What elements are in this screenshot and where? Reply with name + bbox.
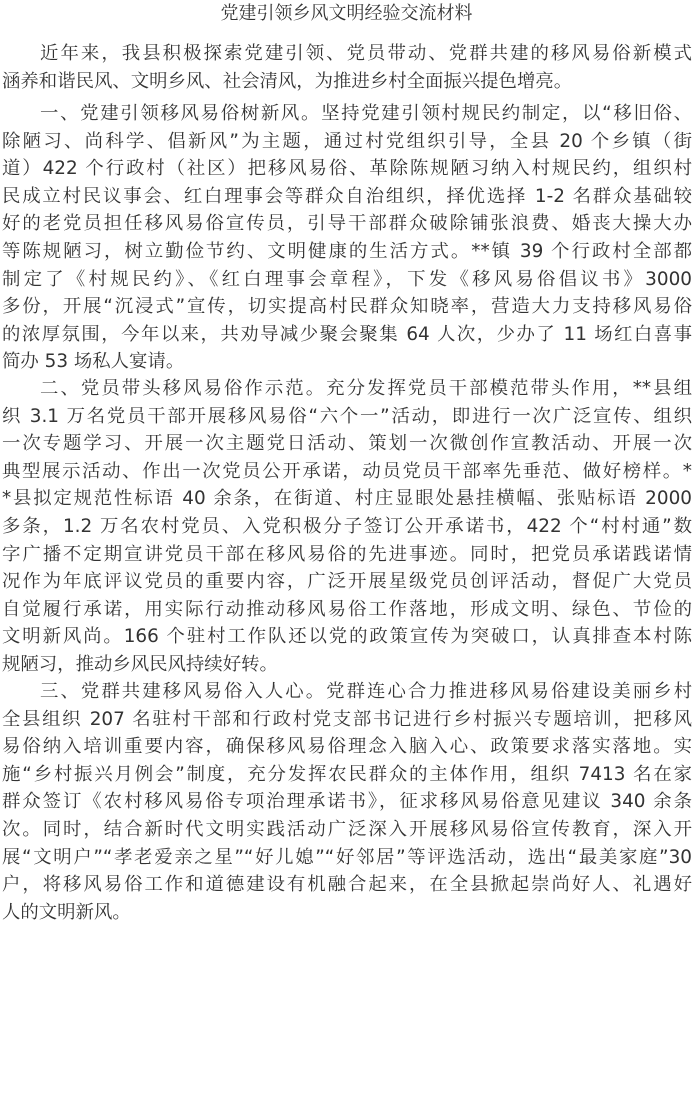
text-line: 近年来，我县积极探索党建引领、党员带动、党群共建的移风易俗新模式 bbox=[2, 40, 692, 68]
text-line: 户，将移风易俗工作和道德建设有机融合起来，在全县掀起崇尚好人、礼遇好 bbox=[2, 871, 692, 899]
text-line: 施“乡村振兴月例会”制度，充分发挥农民群众的主体作用，组织 7413 名在家 bbox=[2, 761, 692, 789]
text-line: 次。同时，结合新时代文明实践活动广泛深入开展移风易俗宣传教育，深入开 bbox=[2, 816, 692, 844]
text-line: 规陋习，推动乡风民风持续好转。 bbox=[2, 651, 692, 679]
text-line: 文明新风尚。166 个驻村工作队还以党的政策宣传为突破口，认真排查本村陈 bbox=[2, 623, 692, 651]
text-line: 易俗纳入培训重要内容，确保移风易俗理念入脑入心、政策要求落实落地。实 bbox=[2, 733, 692, 761]
text-line: 三、党群共建移风易俗入人心。党群连心合力推进移风易俗建设美丽乡村 bbox=[2, 678, 692, 706]
text-line: 人的文明新风。 bbox=[2, 899, 692, 927]
text-line: 除陋习、尚科学、倡新风”为主题，通过村党组织引导，全县 20 个乡镇（街 bbox=[2, 128, 692, 156]
text-line: 一次专题学习、开展一次主题党日活动、策划一次微创作宣教活动、开展一次 bbox=[2, 430, 692, 458]
text-line: 一、党建引领移风易俗树新风。坚持党建引领村规民约制定，以“移旧俗、 bbox=[2, 100, 692, 128]
text-line: 二、党员带头移风易俗作示范。充分发挥党员干部模范带头作用，**县组 bbox=[2, 375, 692, 403]
text-line: 的浓厚氛围，今年以来，共劝导减少聚会聚集 64 人次，少办了 11 场红白喜事 bbox=[2, 321, 692, 349]
text-line: 好的老党员担任移风易俗宣传员，引导干部群众破除铺张浪费、婚丧大操大办 bbox=[2, 210, 692, 238]
text-line: 字广播不定期宣讲党员干部在移风易俗的先进事迹。同时，把党员承诺践诺情 bbox=[2, 541, 692, 569]
text-line: 多份，开展“沉浸式”宣传，切实提高村民群众知晓率，营造大力支持移风易俗 bbox=[2, 293, 692, 321]
text-line: 民成立村民议事会、红白理事会等群众自治组织，择优选择 1-2 名群众基础较 bbox=[2, 183, 692, 211]
paragraph-section-1: 一、党建引领移风易俗树新风。坚持党建引领村规民约制定，以“移旧俗、 除陋习、尚科… bbox=[2, 100, 692, 376]
text-line: 制定了《村规民约》、《红白理事会章程》，下发《移风易俗倡议书》3000 bbox=[2, 266, 692, 294]
text-line: 全县组织 207 名驻村干部和行政村党支部书记进行乡村振兴专题培训，把移风 bbox=[2, 706, 692, 734]
text-line: 展“文明户”“孝老爱亲之星”“好儿媳”“好邻居”等评选活动，选出“最美家庭”30 bbox=[2, 844, 692, 872]
text-line: 多条，1.2 万名农村党员、入党积极分子签订公开承诺书，422 个“村村通”数 bbox=[2, 513, 692, 541]
text-line: 等陈规陋习，树立勤俭节约、文明健康的生活方式。**镇 39 个行政村全部都 bbox=[2, 238, 692, 266]
text-line: 自觉履行承诺，用实际行动推动移风易俗工作落地，形成文明、绿色、节俭的 bbox=[2, 596, 692, 624]
text-line: 典型展示活动、作出一次党员公开承诺，动员党员干部率先垂范、做好榜样。* bbox=[2, 458, 692, 486]
paragraph-section-2: 二、党员带头移风易俗作示范。充分发挥党员干部模范带头作用，**县组 织 3.1 … bbox=[2, 375, 692, 679]
text-line: 简办 53 场私人宴请。 bbox=[2, 348, 692, 376]
document-title: 党建引领乡风文明经验交流材料 bbox=[0, 2, 693, 26]
text-line: 涵养和谐民风、文明乡风、社会清风，为推进乡村全面振兴提色增亮。 bbox=[2, 68, 692, 96]
text-line: 道）422 个行政村（社区）把移风易俗、革除陈规陋习纳入村规民约，组织村 bbox=[2, 155, 692, 183]
text-line: *县拟定规范性标语 40 余条，在街道、村庄显眼处悬挂横幅、张贴标语 2000 bbox=[2, 485, 692, 513]
text-line: 况作为年底评议党员的重要内容，广泛开展星级党员创评活动，督促广大党员 bbox=[2, 568, 692, 596]
paragraph-intro: 近年来，我县积极探索党建引领、党员带动、党群共建的移风易俗新模式 涵养和谐民风、… bbox=[2, 40, 692, 95]
text-line: 织 3.1 万名党员干部开展移风易俗“六个一”活动，即进行一次广泛宣传、组织 bbox=[2, 403, 692, 431]
paragraph-section-3: 三、党群共建移风易俗入人心。党群连心合力推进移风易俗建设美丽乡村 全县组织 20… bbox=[2, 678, 692, 926]
text-line: 群众签订《农村移风易俗专项治理承诺书》，征求移风易俗意见建议 340 余条 bbox=[2, 788, 692, 816]
